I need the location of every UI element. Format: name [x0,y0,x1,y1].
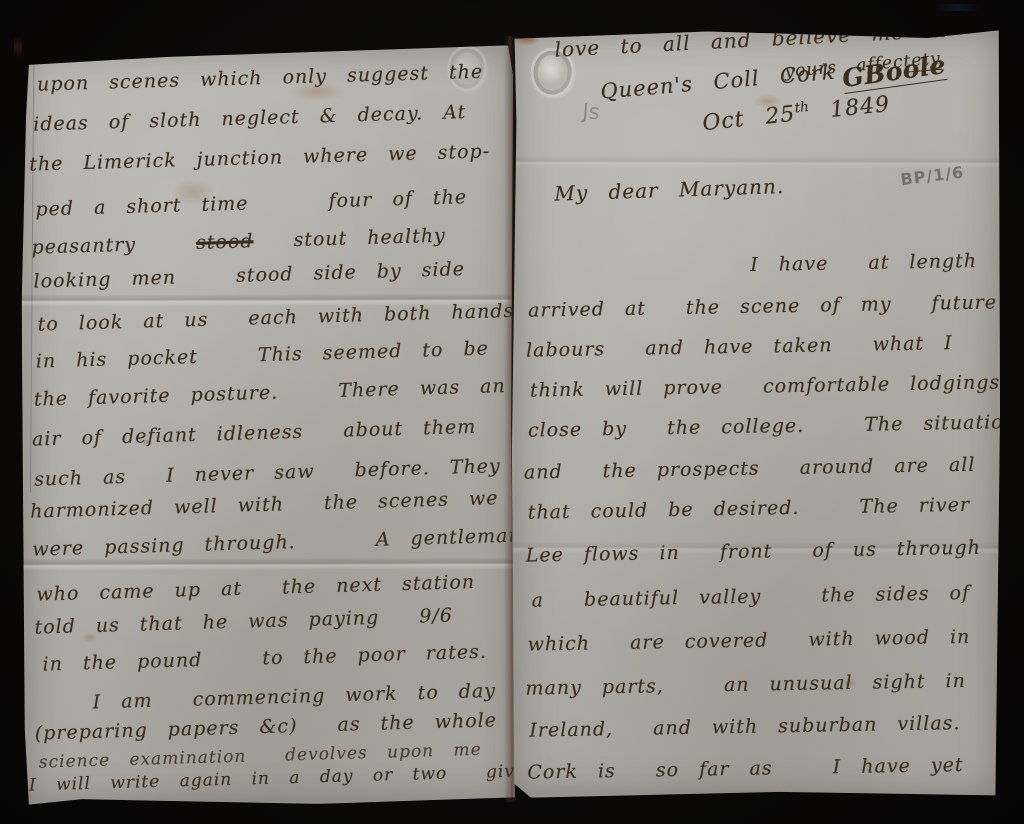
letter-line: air of defiant idleness about them [32,416,477,451]
letter-line: Cork is so far as I have yet [527,754,963,784]
letter-line: the Limerick junction where we stop- [29,140,490,175]
letter-line: I am commencing work to day [92,680,496,714]
letter-line: to look at us each with both hands [37,300,514,336]
letter-line: and the prospects around are all [524,454,976,484]
background-scratch-mark [934,4,982,11]
line-text: peasantry [31,232,196,259]
letter-line: who came up at the next station [36,571,475,606]
letter-line: Lee flows in front of us through [526,537,982,567]
letter-line: upon scenes which only suggest the [37,61,484,96]
letter-line: (preparing papers &c) as the whole of [34,708,537,744]
letter-line: harmonized well with the scenes we [30,487,499,522]
letter-line: looking men stood side by side [33,258,465,292]
letter-line: close by the college. The situation [528,411,1017,442]
left-page: upon scenes which only suggest the ideas… [21,45,515,804]
struck-word: stood [196,230,254,254]
letter-line: in the pound to the poor rates. [42,641,487,676]
right-page-text: love to all and believe me th yours affe… [511,30,1000,799]
place-line: Queen's Coll Cork [600,60,837,104]
background-red-mark [14,36,22,58]
letter-line: I have at length [750,250,977,276]
letter-line: in his pocket This seemed to be [36,338,490,373]
right-page: Js BP/1/6 love to all and believe me th … [511,30,1000,799]
left-page-text: upon scenes which only suggest the ideas… [21,45,515,804]
line-text: stout healthy [253,225,446,253]
date-month-day: Oct 25 [701,102,796,136]
letter-line: Ireland, and with suburban villas. [529,712,960,742]
letter-line: many parts, an unusual sight in [525,670,966,700]
letter-line: told us that he was paying 9/6 [34,605,453,639]
letter-line: that could be desired. The river [528,494,971,524]
date-line: Oct 25th 1849 [701,91,891,137]
letter-line: were passing through. A gentleman [32,525,522,561]
struck-word: th [924,18,948,43]
letter-line: ped a short time four of the [35,186,467,220]
letter-line-with-strikethrough: peasantry stood stout healthy [31,225,446,259]
letter-line: such as I never saw before. They [34,455,501,490]
letter-line: think will prove comfortable lodgings [530,371,1001,401]
salutation: My dear Maryann. [554,174,785,206]
photograph-background: upon scenes which only suggest the ideas… [0,0,1024,824]
letter-line: ideas of sloth neglect & decay. At [33,101,467,135]
letter-line: labours and have taken what I [526,332,953,361]
date-year: 1849 [808,92,891,125]
letter-line: arrived at the scene of my future [528,291,997,321]
letter-line: a beautiful valley the sides of [531,582,970,612]
letter-line: the favorite posture. There was an [34,375,506,411]
letter-line: which are covered with wood in [527,626,970,656]
